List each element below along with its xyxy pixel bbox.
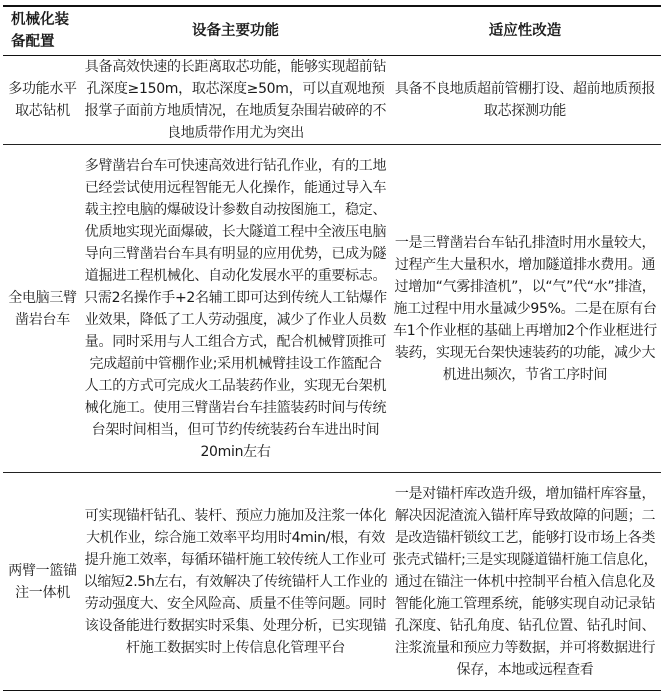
cell-modification: 具备不良地质超前管棚打设、超前地质预报取芯探测功能 xyxy=(389,56,661,145)
cell-equipment: 多功能水平取芯钻机 xyxy=(3,56,82,145)
cell-equipment: 两臂一篮锚注一体机 xyxy=(3,473,82,691)
table: 机械化装备配置 设备主要功能 适应性改造 多功能水平取芯钻机 具备高效快速的长距… xyxy=(3,5,661,691)
cell-equipment: 全电脑三臂凿岩台车 xyxy=(3,145,82,473)
header-modification: 适应性改造 xyxy=(389,6,661,56)
header-equipment: 机械化装备配置 xyxy=(3,6,82,56)
table-row: 多功能水平取芯钻机 具备高效快速的长距离取芯功能，能够实现超前钻孔深度≥150m… xyxy=(3,56,661,145)
header-function: 设备主要功能 xyxy=(82,6,389,56)
cell-modification: 一是三臂凿岩台车钻孔排渣时用水量较大，过程产生大量积水，增加隧道排水费用。通过增… xyxy=(389,145,661,473)
table-row: 全电脑三臂凿岩台车 多臂凿岩台车可快速高效进行钻孔作业，有的工地已经尝试使用远程… xyxy=(3,145,661,473)
cell-modification: 一是对锚杆库改造升级，增加锚杆库容量，解决因泥渣流入锚杆库导致故障的问题；二是改… xyxy=(389,473,661,691)
cell-function: 可实现锚杆钻孔、装杆、预应力施加及注浆一体化大机作业，综合施工效率平均用时4mi… xyxy=(82,473,389,691)
cell-function: 具备高效快速的长距离取芯功能，能够实现超前钻孔深度≥150m，取芯深度≥50m，… xyxy=(82,56,389,145)
header-row: 机械化装备配置 设备主要功能 适应性改造 xyxy=(3,6,661,56)
cell-function: 多臂凿岩台车可快速高效进行钻孔作业，有的工地已经尝试使用远程智能无人化操作，能通… xyxy=(82,145,389,473)
table-row: 两臂一篮锚注一体机 可实现锚杆钻孔、装杆、预应力施加及注浆一体化大机作业，综合施… xyxy=(3,473,661,691)
equipment-table: 机械化装备配置 设备主要功能 适应性改造 多功能水平取芯钻机 具备高效快速的长距… xyxy=(3,5,661,691)
